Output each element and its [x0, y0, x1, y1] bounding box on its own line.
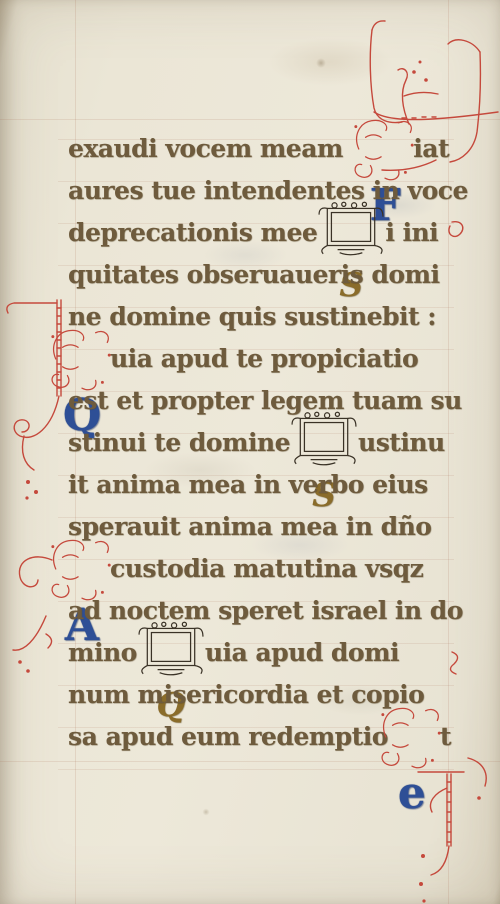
line-text: uia apud te propiciatio — [110, 338, 418, 380]
illuminated-initial-A: A — [58, 542, 106, 596]
text-line: ne domine quis sustinebit : — [68, 296, 449, 338]
line-text: stinui te domine — [68, 422, 290, 464]
black-cadel-frame — [137, 618, 205, 678]
text-line: stinui te domine S ustinu — [68, 422, 449, 464]
text-line: sperauit anima mea in dño — [68, 506, 449, 548]
cadel-initial-S: S — [321, 204, 381, 252]
line-text: mino — [68, 632, 137, 674]
line-text: exaudi vocem meam — [68, 128, 343, 170]
initial-letter: e — [388, 767, 436, 821]
text-line: Q uia apud te propiciatio — [68, 338, 449, 380]
line-text: aures tue intendentes in voce — [68, 170, 468, 212]
text-line: deprecationis mee S i ini — [68, 212, 449, 254]
black-cadel-frame — [290, 408, 358, 468]
text-line: aures tue intendentes in voce — [68, 170, 449, 212]
illuminated-initial-Q: Q — [58, 332, 106, 386]
line-text: sperauit anima mea in dño — [68, 506, 431, 548]
line-text: deprecationis mee — [68, 212, 317, 254]
illuminated-initial-F: F — [361, 122, 409, 176]
text-line: mino Q uia apud domi — [68, 632, 449, 674]
text-line: A custodia matutina vsqz — [68, 548, 449, 590]
text-line: sa apud eum redemptio e t — [68, 716, 449, 758]
line-text: quitates obseruaueris domi — [68, 254, 439, 296]
red-filigree-penwork — [377, 701, 447, 773]
text-line: est et propter legem tuam su — [68, 380, 449, 422]
line-text: it anima mea in verbo eius — [68, 464, 428, 506]
line-text: ne domine quis sustinebit : — [68, 296, 436, 338]
line-text: ad noctem speret israel in do — [68, 590, 463, 632]
manuscript-page: exaudi vocem meam F iat aures tue intend… — [0, 0, 500, 904]
line-text: num misericordia et copio — [68, 674, 424, 716]
line-text: i ini — [385, 212, 438, 254]
text-line: exaudi vocem meam F iat — [68, 128, 449, 170]
horizontal-ruling-top — [0, 119, 500, 120]
illuminated-initial-E: e — [388, 710, 436, 764]
line-text: ustinu — [358, 422, 445, 464]
line-text: sa apud eum redemptio — [68, 716, 388, 758]
cadel-initial-Q: Q — [141, 624, 201, 672]
line-text: est et propter legem tuam su — [68, 380, 462, 422]
cadel-initial-S: S — [294, 414, 354, 462]
line-text: uia apud domi — [205, 632, 399, 674]
black-cadel-frame — [317, 198, 385, 258]
text-line: ad noctem speret israel in do — [68, 590, 449, 632]
text-line: it anima mea in verbo eius — [68, 464, 449, 506]
text-block: exaudi vocem meam F iat aures tue intend… — [68, 128, 449, 758]
text-line: quitates obseruaueris domi — [68, 254, 449, 296]
line-text: custodia matutina vsqz — [110, 548, 423, 590]
